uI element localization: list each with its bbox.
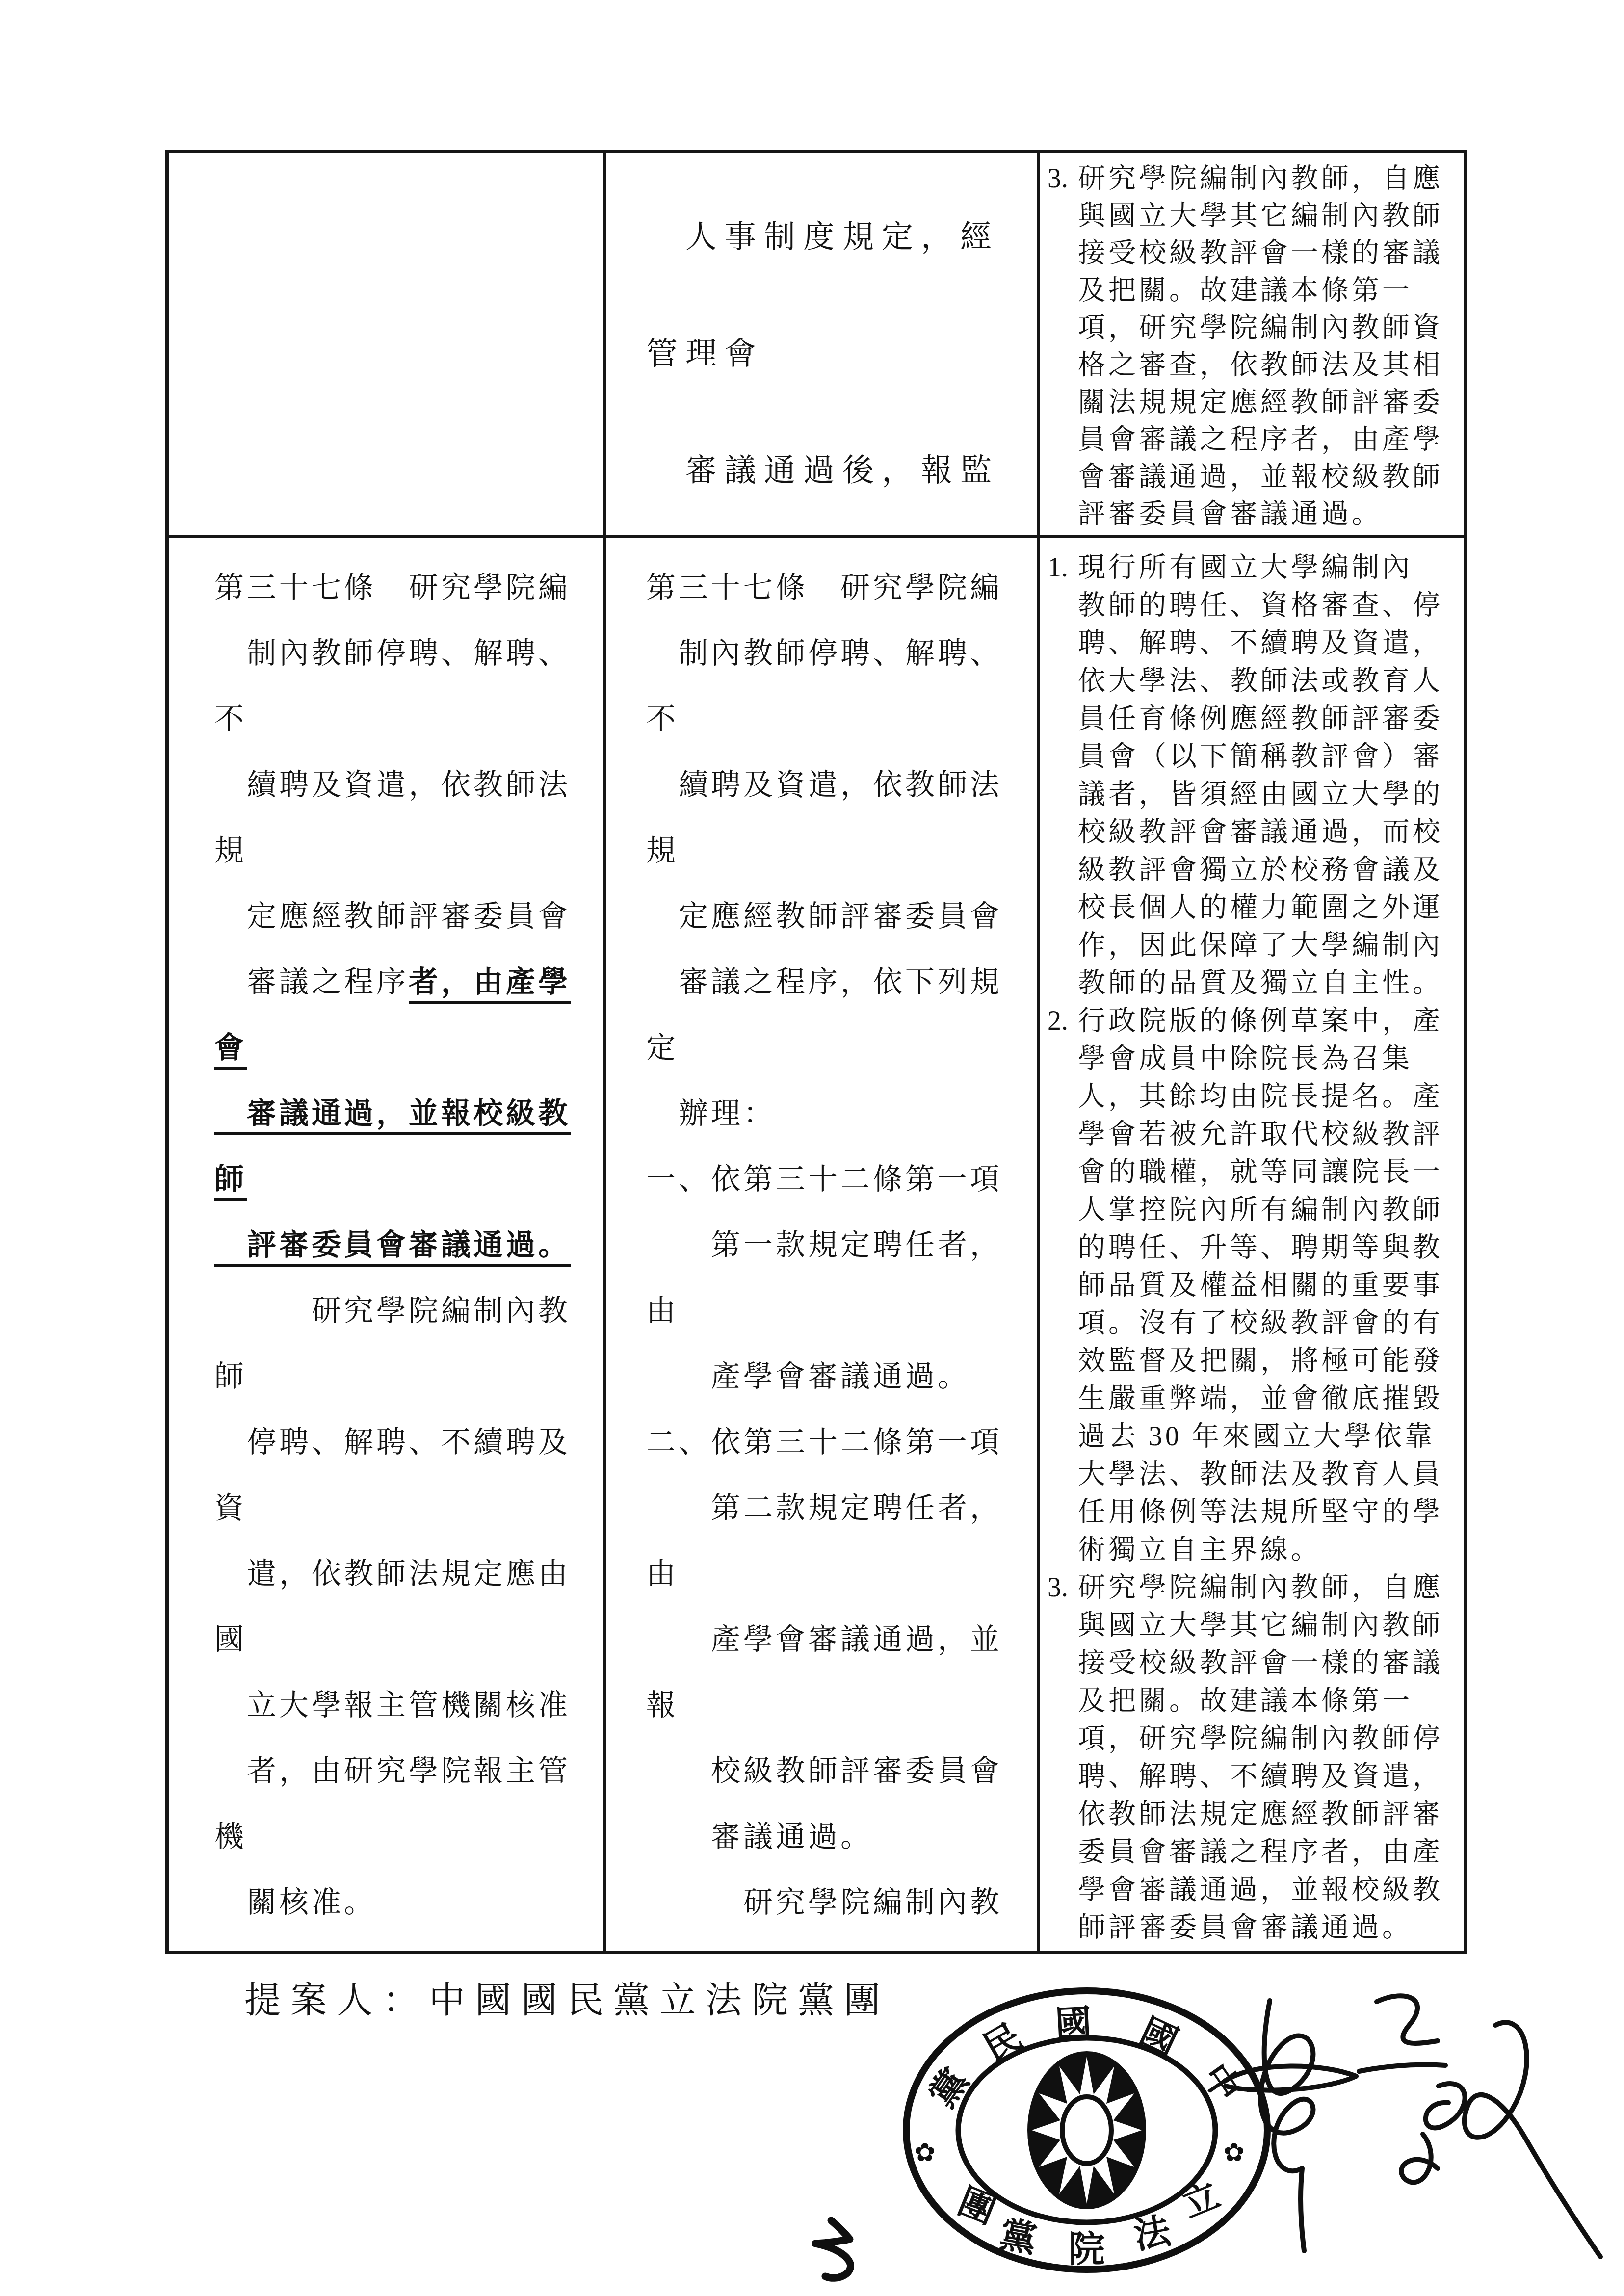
page-number-handwritten bbox=[0, 0, 1624, 2296]
document-page: 人事制度規定，經管理會 審議通過後，報監督會備 查。 3. 研究學院編制內教師，… bbox=[0, 0, 1624, 2296]
